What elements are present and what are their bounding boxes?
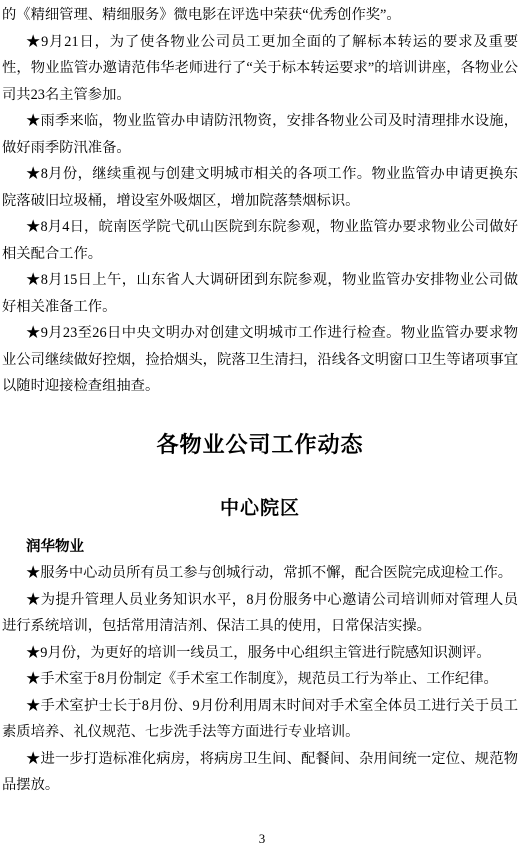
document-page: 的《精细管理、精细服务》微电影在评选中荣获“优秀创作奖”。 ★9月21日，为了使… bbox=[0, 0, 524, 851]
paragraph: ★手术室于8月份制定《手术室工作制度》，规范员工行为举止、工作纪律。 bbox=[2, 666, 518, 693]
section-title: 各物业公司工作动态 bbox=[2, 428, 518, 462]
page-number: 3 bbox=[0, 831, 524, 846]
paragraph: ★手术室护士长于8月份、9月份利用周末时间对手术室全体员工进行关于员工素质培养、… bbox=[2, 693, 518, 746]
paragraph: ★进一步打造标准化病房，将病房卫生间、配餐间、杂用间统一定位、规范物品摆放。 bbox=[2, 746, 518, 799]
paragraph: ★为提升管理人员业务知识水平，8月份服务中心邀请公司培训师对管理人员进行系统培训… bbox=[2, 587, 518, 640]
paragraph: ★9月21日，为了使各物业公司员工更加全面的了解标本转运的要求及重要性，物业监管… bbox=[2, 29, 518, 109]
paragraph: ★8月份，继续重视与创建文明城市相关的各项工作。物业监管办申请更换东院落破旧垃圾… bbox=[2, 161, 518, 214]
company-name: 润华物业 bbox=[26, 534, 518, 561]
paragraph: ★8月15日上午，山东省人大调研团到东院参观，物业监管办安排物业公司做好相关准备… bbox=[2, 267, 518, 320]
paragraph: ★8月4日，皖南医学院弋矶山医院到东院参观，物业监管办要求物业公司做好相关配合工… bbox=[2, 214, 518, 267]
paragraph: ★服务中心动员所有员工参与创城行动，常抓不懈，配合医院完成迎检工作。 bbox=[2, 560, 518, 587]
paragraph: ★雨季来临，物业监管办申请防汛物资，安排各物业公司及时清理排水设施，做好雨季防汛… bbox=[2, 108, 518, 161]
paragraph: ★9月份，为更好的培训一线员工，服务中心组织主管进行院感知识测评。 bbox=[2, 640, 518, 667]
paragraph: ★9月23至26日中央文明办对创建文明城市工作进行检查。物业监管办要求物业公司继… bbox=[2, 320, 518, 400]
subsection-title: 中心院区 bbox=[2, 496, 518, 522]
paragraph-continuation: 的《精细管理、精细服务》微电影在评选中荣获“优秀创作奖”。 bbox=[2, 2, 518, 29]
